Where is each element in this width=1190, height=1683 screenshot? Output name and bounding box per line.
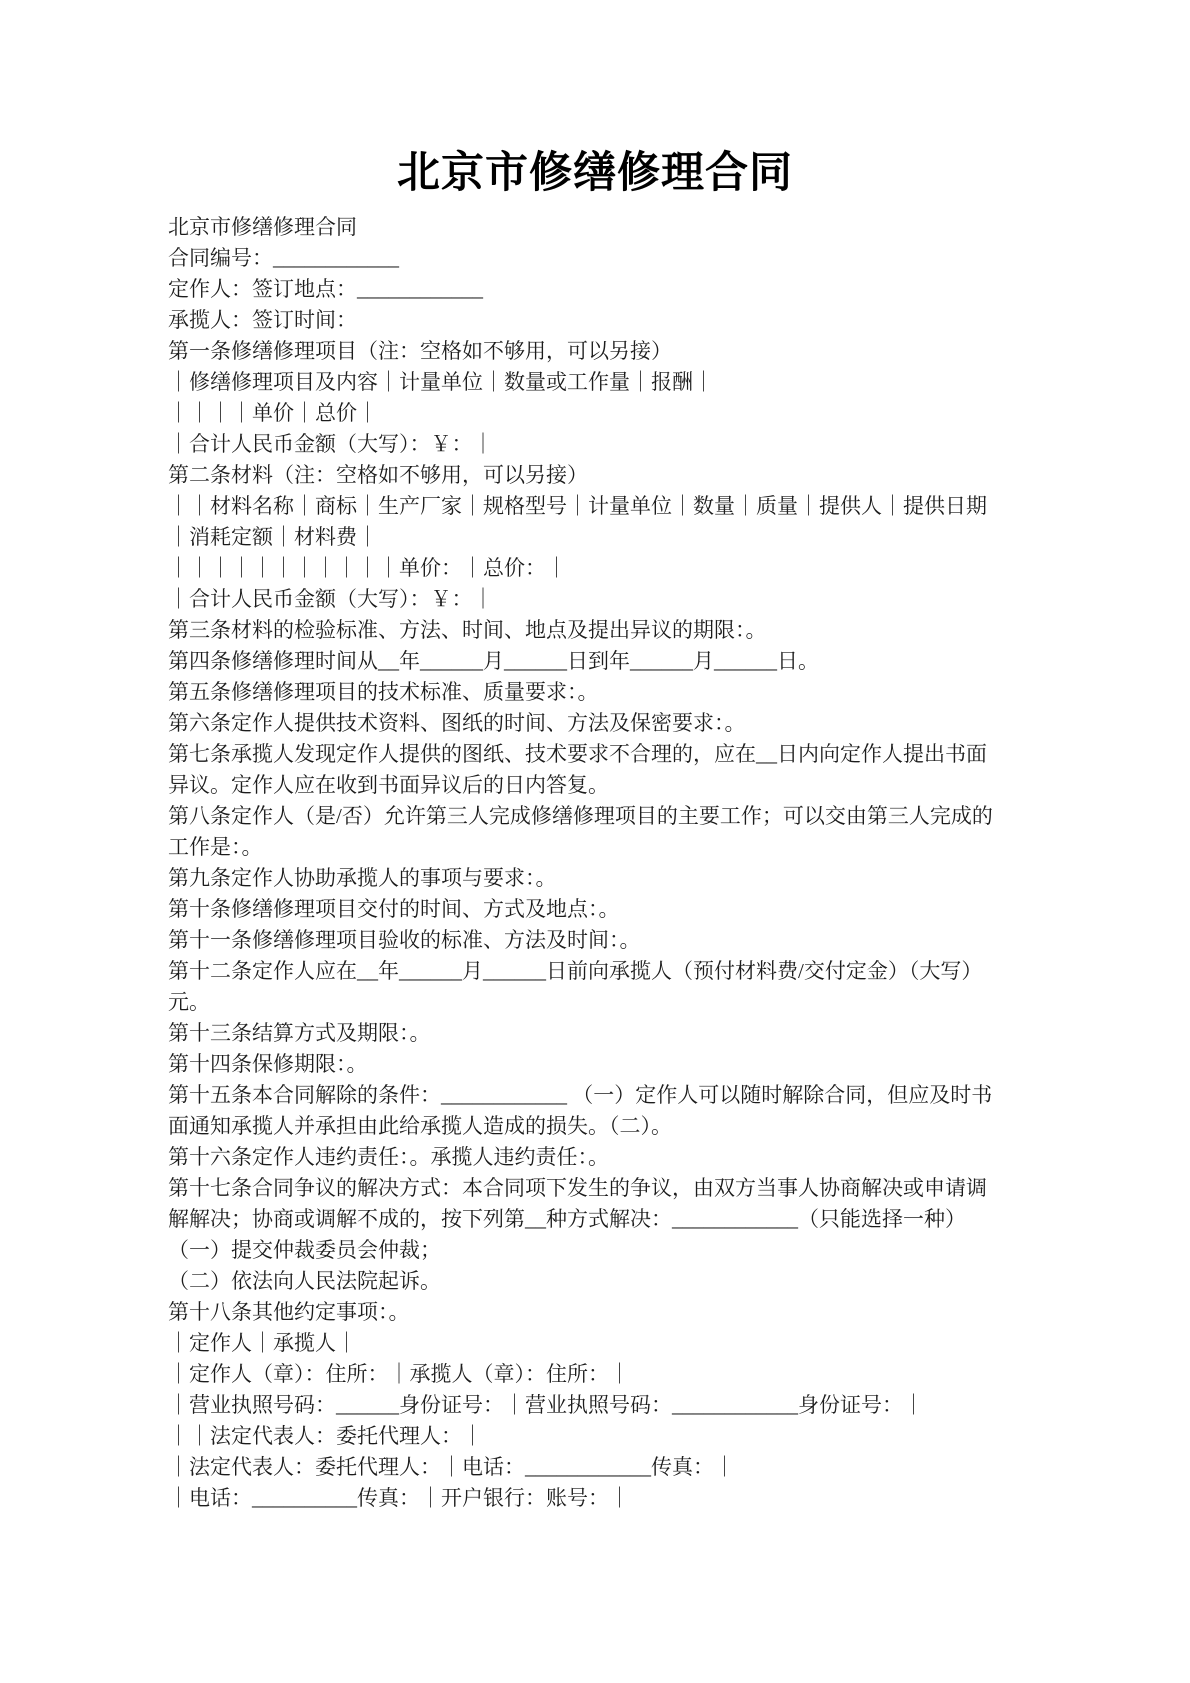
clause-10-line: 第十条修缮修理项目交付的时间、方式及地点：。 bbox=[168, 894, 1004, 925]
clause-8-line: 第八条定作人（是/否）允许第三人完成修缮修理项目的主要工作；可以交由第三人完成的… bbox=[168, 801, 1004, 863]
clause-14-line: 第十四条保修期限：。 bbox=[168, 1049, 1004, 1080]
document-subtitle: 北京市修缮修理合同 bbox=[168, 212, 1004, 243]
contractor-signing-time-line: 承揽人：签订时间： bbox=[168, 305, 1004, 336]
signature-table-header-line: ｜定作人｜承揽人｜ bbox=[168, 1328, 1004, 1359]
project-table-total-line: ｜合计人民币金额（大写）：￥：｜ bbox=[168, 429, 1004, 460]
signature-legal-rep-phone-line: ｜法定代表人：委托代理人：｜电话：____________传真：｜ bbox=[168, 1452, 1004, 1483]
clause-16-line: 第十六条定作人违约责任：。承揽人违约责任：。 bbox=[168, 1142, 1004, 1173]
contract-number-line: 合同编号：____________ bbox=[168, 243, 1004, 274]
clause-17-option-1-line: （一）提交仲裁委员会仲裁； bbox=[168, 1235, 1004, 1266]
clause-1-line: 第一条修缮修理项目（注：空格如不够用，可以另接） bbox=[168, 336, 1004, 367]
ordering-party-signing-place-line: 定作人：签订地点：____________ bbox=[168, 274, 1004, 305]
clause-18-line: 第十八条其他约定事项：。 bbox=[168, 1297, 1004, 1328]
clause-7-line: 第七条承揽人发现定作人提供的图纸、技术要求不合理的，应在__日内向定作人提出书面… bbox=[168, 739, 1004, 801]
clause-3-line: 第三条材料的检验标准、方法、时间、地点及提出异议的期限：。 bbox=[168, 615, 1004, 646]
clause-5-line: 第五条修缮修理项目的技术标准、质量要求：。 bbox=[168, 677, 1004, 708]
signature-license-id-line: ｜营业执照号码：______身份证号：｜营业执照号码：____________身… bbox=[168, 1390, 1004, 1421]
material-table-subheader-line: ｜｜｜｜｜｜｜｜｜｜｜单价：｜总价：｜ bbox=[168, 553, 1004, 584]
material-table-total-line: ｜合计人民币金额（大写）：￥：｜ bbox=[168, 584, 1004, 615]
clause-15-line: 第十五条本合同解除的条件：____________ （一）定作人可以随时解除合同… bbox=[168, 1080, 1004, 1142]
clause-4-line: 第四条修缮修理时间从__年______月______日到年______月____… bbox=[168, 646, 1004, 677]
signature-phone-bank-line: ｜电话：__________传真：｜开户银行：账号：｜ bbox=[168, 1483, 1004, 1514]
clause-2-line: 第二条材料（注：空格如不够用，可以另接） bbox=[168, 460, 1004, 491]
clause-17-option-2-line: （二）依法向人民法院起诉。 bbox=[168, 1266, 1004, 1297]
signature-seal-address-line: ｜定作人（章）：住所：｜承揽人（章）：住所：｜ bbox=[168, 1359, 1004, 1390]
clause-17-line: 第十七条合同争议的解决方式：本合同项下发生的争议，由双方当事人协商解决或申请调解… bbox=[168, 1173, 1004, 1235]
document-body: 北京市修缮修理合同 合同编号：____________ 定作人：签订地点：___… bbox=[168, 212, 1004, 1514]
document-title: 北京市修缮修理合同 bbox=[0, 148, 1190, 200]
clause-12-line: 第十二条定作人应在__年______月______日前向承揽人（预付材料费/交付… bbox=[168, 956, 1004, 1018]
project-table-subheader-line: ｜｜｜｜单价｜总价｜ bbox=[168, 398, 1004, 429]
contract-document-page: 北京市修缮修理合同 北京市修缮修理合同 合同编号：____________ 定作… bbox=[0, 0, 1190, 1683]
material-table-header-line: ｜｜材料名称｜商标｜生产厂家｜规格型号｜计量单位｜数量｜质量｜提供人｜提供日期｜… bbox=[168, 491, 1004, 553]
project-table-header-line: ｜修缮修理项目及内容｜计量单位｜数量或工作量｜报酬｜ bbox=[168, 367, 1004, 398]
signature-legal-rep-line: ｜｜法定代表人：委托代理人：｜ bbox=[168, 1421, 1004, 1452]
clause-11-line: 第十一条修缮修理项目验收的标准、方法及时间：。 bbox=[168, 925, 1004, 956]
clause-9-line: 第九条定作人协助承揽人的事项与要求：。 bbox=[168, 863, 1004, 894]
clause-13-line: 第十三条结算方式及期限：。 bbox=[168, 1018, 1004, 1049]
clause-6-line: 第六条定作人提供技术资料、图纸的时间、方法及保密要求：。 bbox=[168, 708, 1004, 739]
